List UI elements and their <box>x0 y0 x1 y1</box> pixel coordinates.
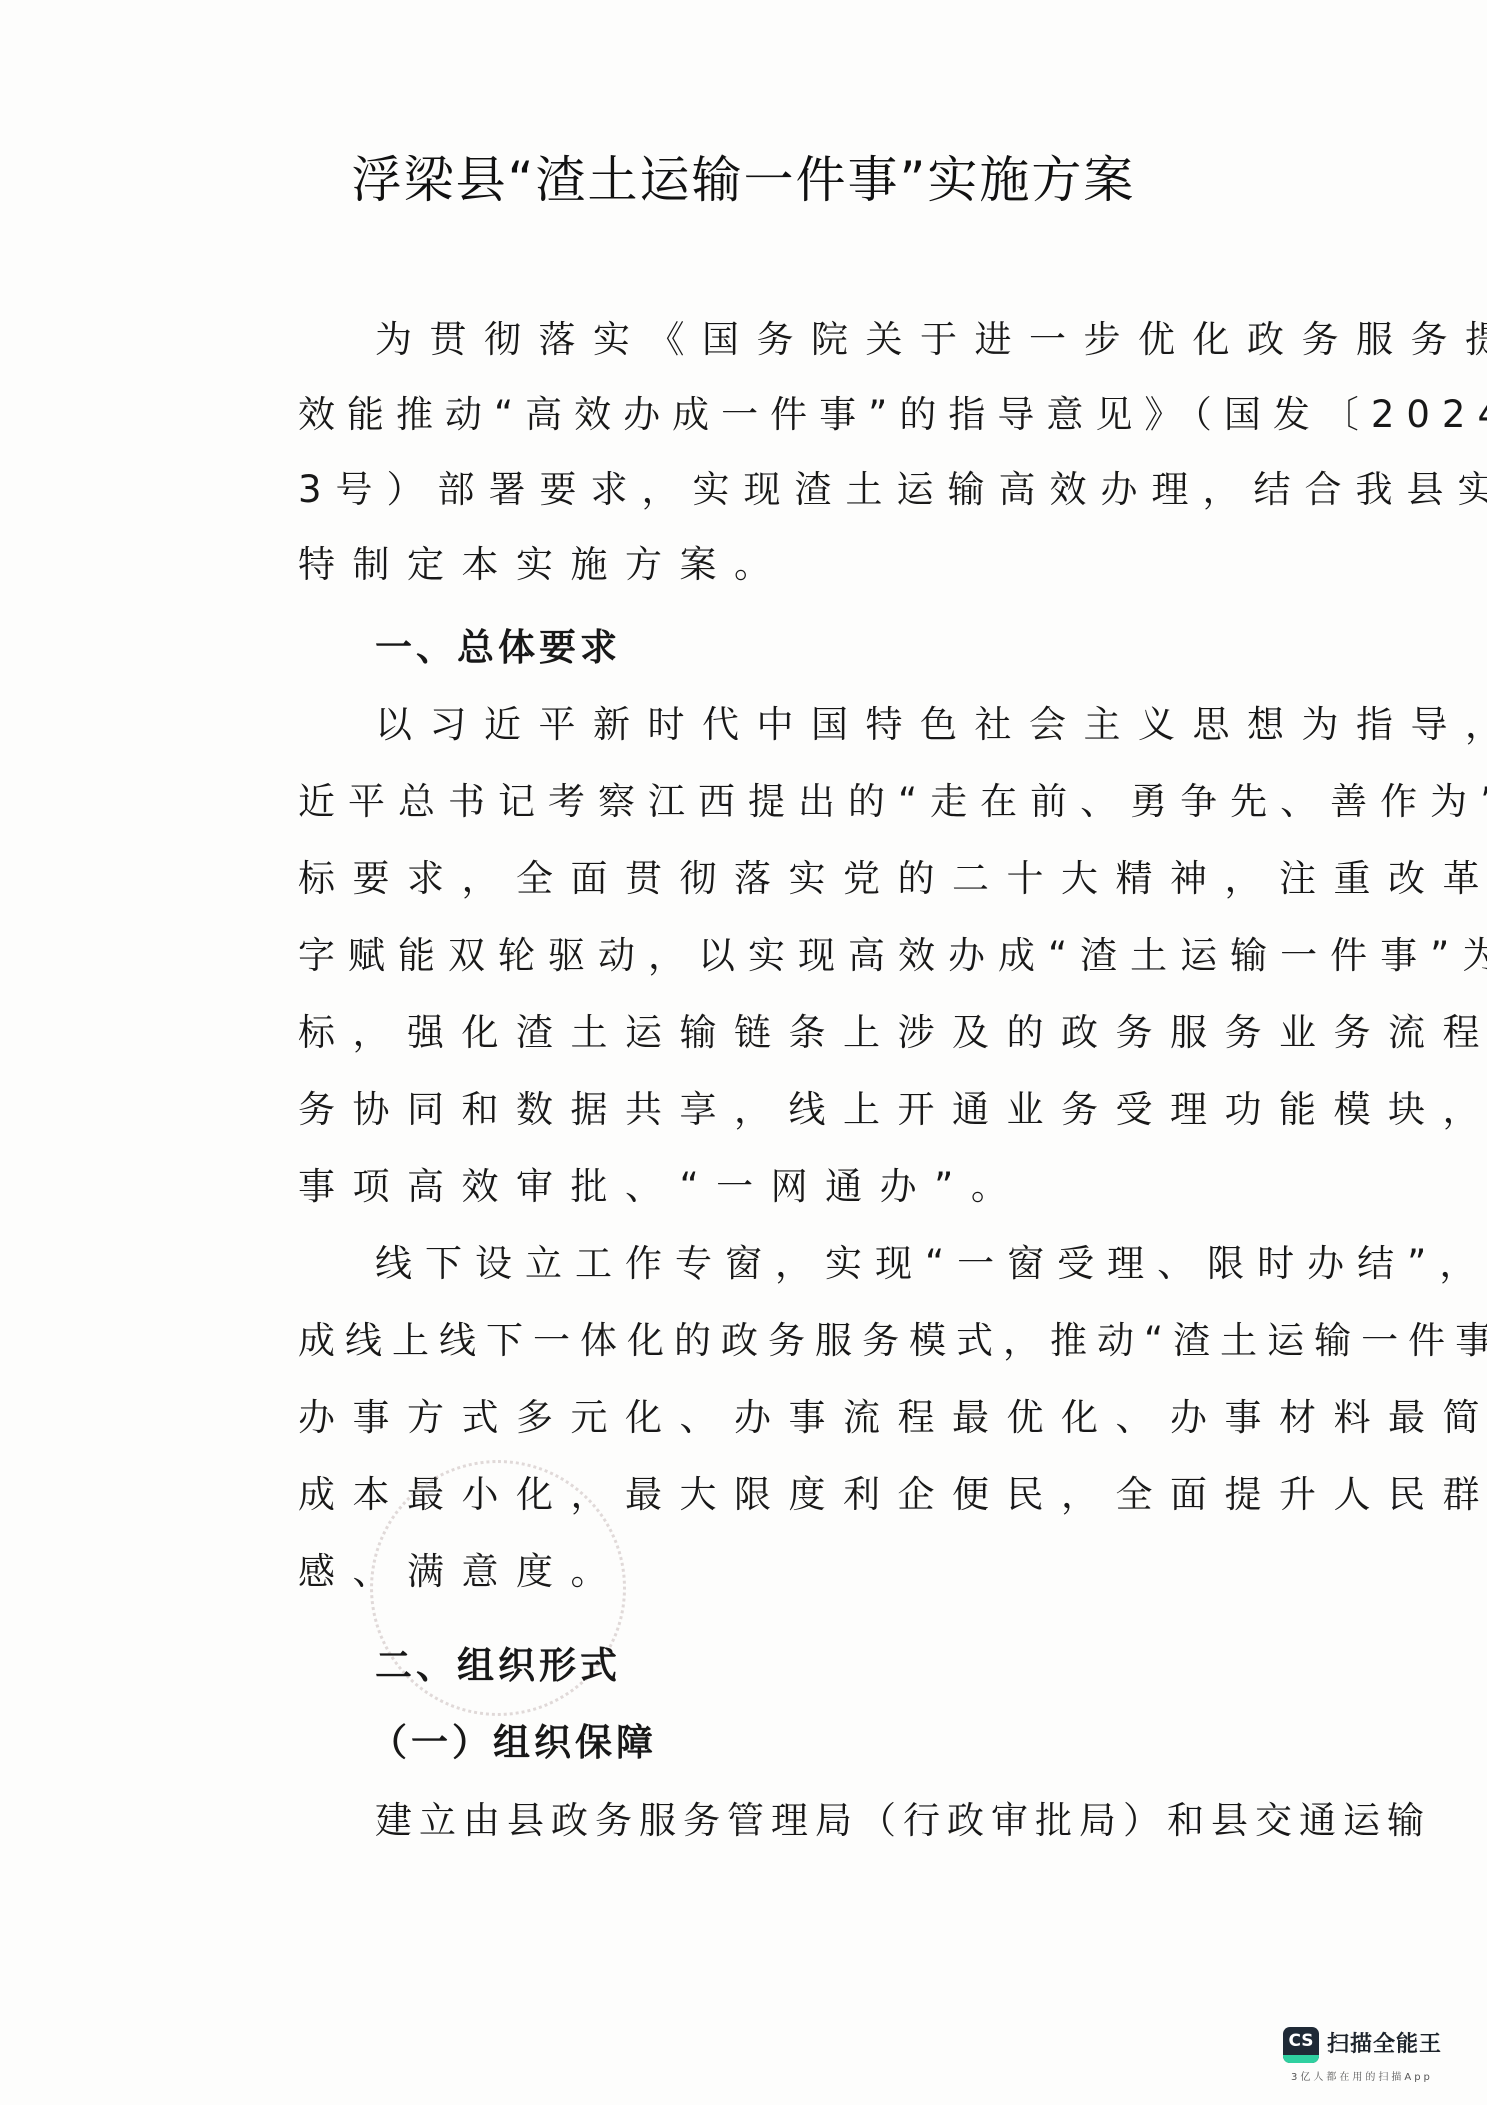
paragraph-2-line: 标要求，全面贯彻落实党的二十大精神，注重改革引领和数 <box>298 856 1258 902</box>
section-heading: 二、组织形式 <box>375 1643 1335 1689</box>
watermark-app-name: 扫描全能王 <box>1327 2030 1442 2060</box>
paragraph-2-line: 标，强化渣土运输链条上涉及的政务服务业务流程，强化业 <box>298 1010 1258 1056</box>
paragraph-2-line: 务协同和数据共享，线上开通业务受理功能模块，实现有关 <box>298 1087 1258 1133</box>
paragraph-1-line: 为贯彻落实《国务院关于进一步优化政务服务提升行政 <box>375 317 1335 363</box>
watermark-slogan: 3亿人都在用的扫描App <box>1291 2071 1433 2085</box>
document-title: 浮梁县“渣土运输一件事”实施方案 <box>0 148 1487 212</box>
scanned-document-page: 浮梁县“渣土运输一件事”实施方案 为贯彻落实《国务院关于进一步优化政务服务提升行… <box>0 0 1487 2105</box>
camscanner-watermark: CS 扫描全能王 3亿人都在用的扫描App <box>1283 2027 1483 2097</box>
paragraph-3-line: 线下设立工作专窗，实现“一窗受理、限时办结”，形 <box>375 1241 1335 1287</box>
paragraph-2-line: 以习近平新时代中国特色社会主义思想为指导，聚焦习 <box>375 702 1335 748</box>
paragraph-2-line: 字赋能双轮驱动，以实现高效办成“渣土运输一件事”为目 <box>298 933 1258 979</box>
paragraph-1-line: 3号）部署要求，实现渣土运输高效办理，结合我县实际， <box>298 467 1258 513</box>
subsection-heading: （一）组织保障 <box>370 1720 1330 1766</box>
paragraph-2-line: 近平总书记考察江西提出的“走在前、勇争先、善作为”目 <box>298 779 1258 825</box>
paragraph-2-line: 事项高效审批、“一网通办”。 <box>298 1164 1258 1210</box>
paragraph-4-line: 建立由县政务服务管理局（行政审批局）和县交通运输 <box>375 1798 1335 1844</box>
camscanner-logo-icon: CS <box>1283 2027 1319 2063</box>
section-heading: 一、总体要求 <box>375 625 1335 671</box>
paragraph-3-line: 成线上线下一体化的政务服务模式，推动“渣土运输一件事” <box>298 1318 1258 1364</box>
paragraph-3-line: 办事方式多元化、办事流程最优化、办事材料最简化、办事 <box>298 1395 1258 1441</box>
paragraph-1-line: 特制定本实施方案。 <box>298 542 1258 588</box>
paragraph-1-line: 效能推动“高效办成一件事”的指导意见》（国发〔2024〕 <box>298 392 1258 438</box>
